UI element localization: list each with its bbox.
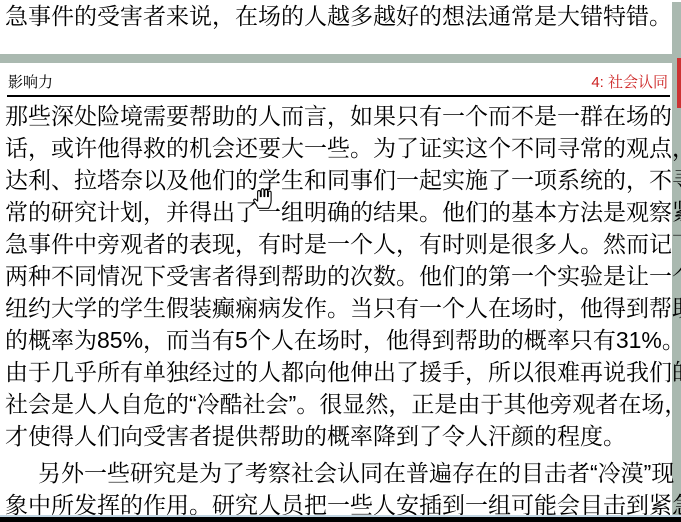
body-text-line: 社会是人人自危的“冷酷社会”。很显然，正是由于其他旁观者在场， — [5, 388, 672, 420]
body-text-line: 纽约大学的学生假装癫痫病发作。当只有一个人在场时，他得到帮助 — [5, 292, 672, 324]
body-text-line: 达利、拉塔奈以及他们的学生和同事们一起实施了一项系统的，不寻 — [5, 164, 672, 196]
page-separator — [0, 54, 681, 63]
body-text-line: 急事件中旁观者的表现，有时是一个人，有时则是很多人。然而记下 — [5, 228, 672, 260]
body-text-line: 两种不同情况下受害者得到帮助的次数。他们的第一个实验是让一个 — [5, 260, 672, 292]
body-text-line: 才使得人们向受害者提供帮助的概率降到了令人汗颜的程度。 — [5, 420, 672, 452]
previous-page-last-line: 急事件的受害者来说，在场的人越多越好的想法通常是大错特错。对 — [5, 0, 675, 33]
body-text-line: 的概率为85%，而当有5个人在场时，他得到帮助的概率只有31%。 — [5, 324, 672, 356]
running-header: 影响力 4: 社会认同 — [8, 71, 668, 95]
book-title: 影响力 — [8, 71, 53, 95]
body-text-line: 那些深处险境需要帮助的人而言，如果只有一个而不是一群在场的 — [5, 100, 672, 132]
page-body-text: 那些深处险境需要帮助的人而言，如果只有一个而不是一群在场的 话，或许他得救的机会… — [5, 100, 672, 521]
header-rule — [7, 95, 670, 97]
ebook-reader-page: 急事件的受害者来说，在场的人越多越好的想法通常是大错特错。对 影响力 4: 社会… — [0, 0, 681, 522]
body-text-line: 话，或许他得救的机会还要大一些。为了证实这个不同寻常的观点， — [5, 132, 672, 164]
paragraph: 那些深处险境需要帮助的人而言，如果只有一个而不是一群在场的 话，或许他得救的机会… — [5, 100, 672, 452]
body-text-line: 由于几乎所有单独经过的人都向他伸出了援手，所以很难再说我们的 — [5, 356, 672, 388]
chapter-indicator: 4: 社会认同 — [591, 71, 668, 95]
scroll-position-marker[interactable] — [677, 58, 681, 108]
body-text-line: 常的研究计划，并得出了一组明确的结果。他们的基本方法是观察紧 — [5, 196, 672, 228]
body-text-line: 另外一些研究是为了考察社会认同在普遍存在的目击者“冷漠”现 — [5, 457, 672, 489]
paragraph: 另外一些研究是为了考察社会认同在普遍存在的目击者“冷漠”现 象中所发挥的作用。研… — [5, 457, 672, 521]
taskbar-edge — [0, 517, 681, 522]
